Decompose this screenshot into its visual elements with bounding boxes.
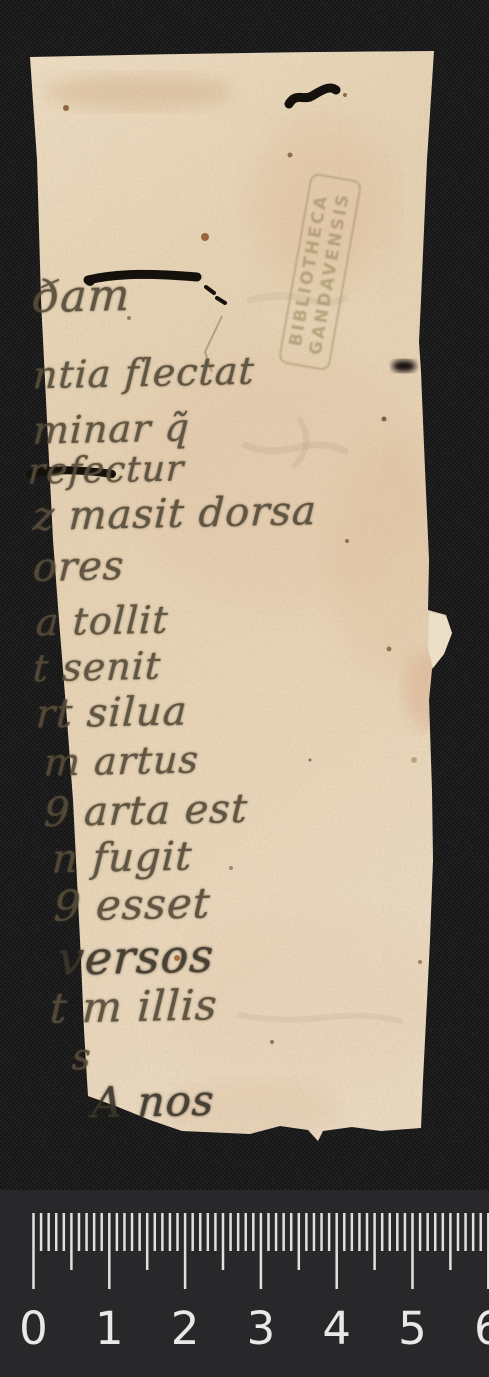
manuscript-line: minar q̃	[32, 405, 191, 452]
manuscript-line: 9 esset	[53, 878, 212, 930]
ink-edge-blob	[392, 360, 416, 372]
manuscript-line: ntia flectat	[32, 349, 256, 398]
manuscript-line: 9 arta est	[43, 786, 249, 836]
manuscript-line: ðam	[32, 270, 132, 323]
manuscript-line: versos	[57, 928, 216, 985]
ruler-label: 3	[247, 1306, 276, 1351]
measurement-ruler: 0 1 2 3 4 5 6	[0, 1190, 489, 1377]
ruler-label: 2	[171, 1306, 200, 1351]
ruler-label: 4	[322, 1306, 351, 1351]
manuscript-line: t m illis	[49, 980, 219, 1033]
manuscript-photograph: ðam ntia flectat minar q̃ refectur z mas…	[0, 0, 489, 1377]
ruler-label: 5	[398, 1306, 427, 1351]
manuscript-line: s	[71, 1037, 92, 1078]
manuscript-line: A nos	[91, 1076, 216, 1128]
manuscript-line: m artus	[43, 737, 200, 784]
manuscript-line: refectur	[27, 448, 185, 492]
manuscript-line: ores	[32, 543, 126, 591]
ruler-ticks	[0, 1190, 489, 1300]
ruler-label: 0	[19, 1306, 48, 1351]
manuscript-line: t senit	[32, 644, 162, 691]
manuscript-line: n fugit	[51, 834, 194, 883]
ruler-label: 1	[95, 1306, 124, 1351]
ruler-label: 6	[474, 1306, 489, 1351]
manuscript-line: z masit dorsa	[32, 488, 318, 540]
manuscript-line: a tollit	[35, 598, 170, 645]
manuscript-line: rt silua	[35, 688, 189, 737]
